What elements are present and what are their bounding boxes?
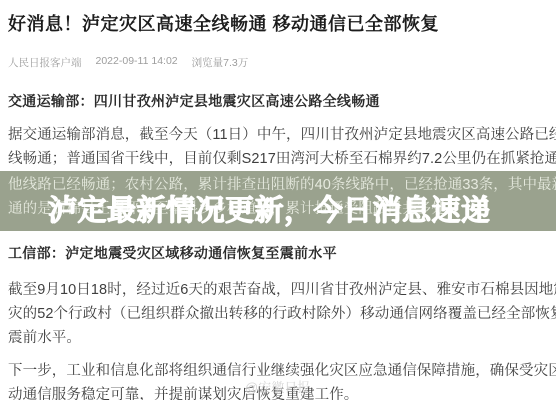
- meta-source: 人民日报客户端: [8, 55, 82, 70]
- paragraph-line: 截至9月10日18时，经过近6天的艰苦奋战，四川省甘孜州泸定县、雅安市石棉县因地…: [8, 278, 548, 302]
- section1-heading: 交通运输部：四川甘孜州泸定县地震灾区高速公路全线畅通: [8, 91, 548, 111]
- paragraph-line: 动通信服务稳定可靠，并提前谋划灾后恢复重建工作。: [8, 383, 548, 400]
- meta-timestamp: 2022-09-11 14:02: [96, 55, 178, 70]
- paragraph-line: 灾的52个行政村（已组织群众撤出转移的行政村除外）移动通信网络覆盖已经全部恢复至: [8, 302, 548, 326]
- overlay-headline: 泸定最新情况更新，今日消息速递: [48, 188, 491, 229]
- paragraph-line: 下一步，工业和信息化部将组织通信行业继续强化灾区应急通信保障措施，确保受灾区域移: [8, 359, 548, 383]
- section1-paragraph: 据交通运输部消息，截至今天（11日）中午，四川甘孜州泸定县地震灾区高速公路已经全…: [8, 123, 548, 171]
- section2-heading: 工信部：泸定地震受灾区域移动通信恢复至震前水平: [8, 243, 548, 263]
- news-article-page: 好消息！泸定灾区高速全线畅通 移动通信已全部恢复 人民日报客户端 2022-09…: [0, 0, 556, 400]
- section2-paragraph-1: 截至9月10日18时，经过近6天的艰苦奋战，四川省甘孜州泸定县、雅安市石棉县因地…: [8, 278, 548, 350]
- page-title: 好消息！泸定灾区高速全线畅通 移动通信已全部恢复: [8, 10, 548, 36]
- paragraph-line: 线畅通；普通国省干线中，目前仅剩S217田湾河大桥至石棉界约7.2公里仍在抓紧抢…: [8, 147, 548, 171]
- article-meta: 人民日报客户端 2022-09-11 14:02 浏览量7.3万: [8, 55, 548, 70]
- overlay-banner: 他线路已经畅通；农村公路，累计排查出阻断的40条线路中，已经抢通33条，其中最新…: [0, 171, 556, 231]
- meta-view-count: 浏览量7.3万: [192, 55, 249, 70]
- paragraph-line: 震前水平。: [8, 326, 548, 350]
- section2-paragraph-2: 下一步，工业和信息化部将组织通信行业继续强化灾区应急通信保障措施，确保受灾区域移…: [8, 359, 548, 400]
- paragraph-line: 据交通运输部消息，截至今天（11日）中午，四川甘孜州泸定县地震灾区高速公路已经全: [8, 123, 548, 147]
